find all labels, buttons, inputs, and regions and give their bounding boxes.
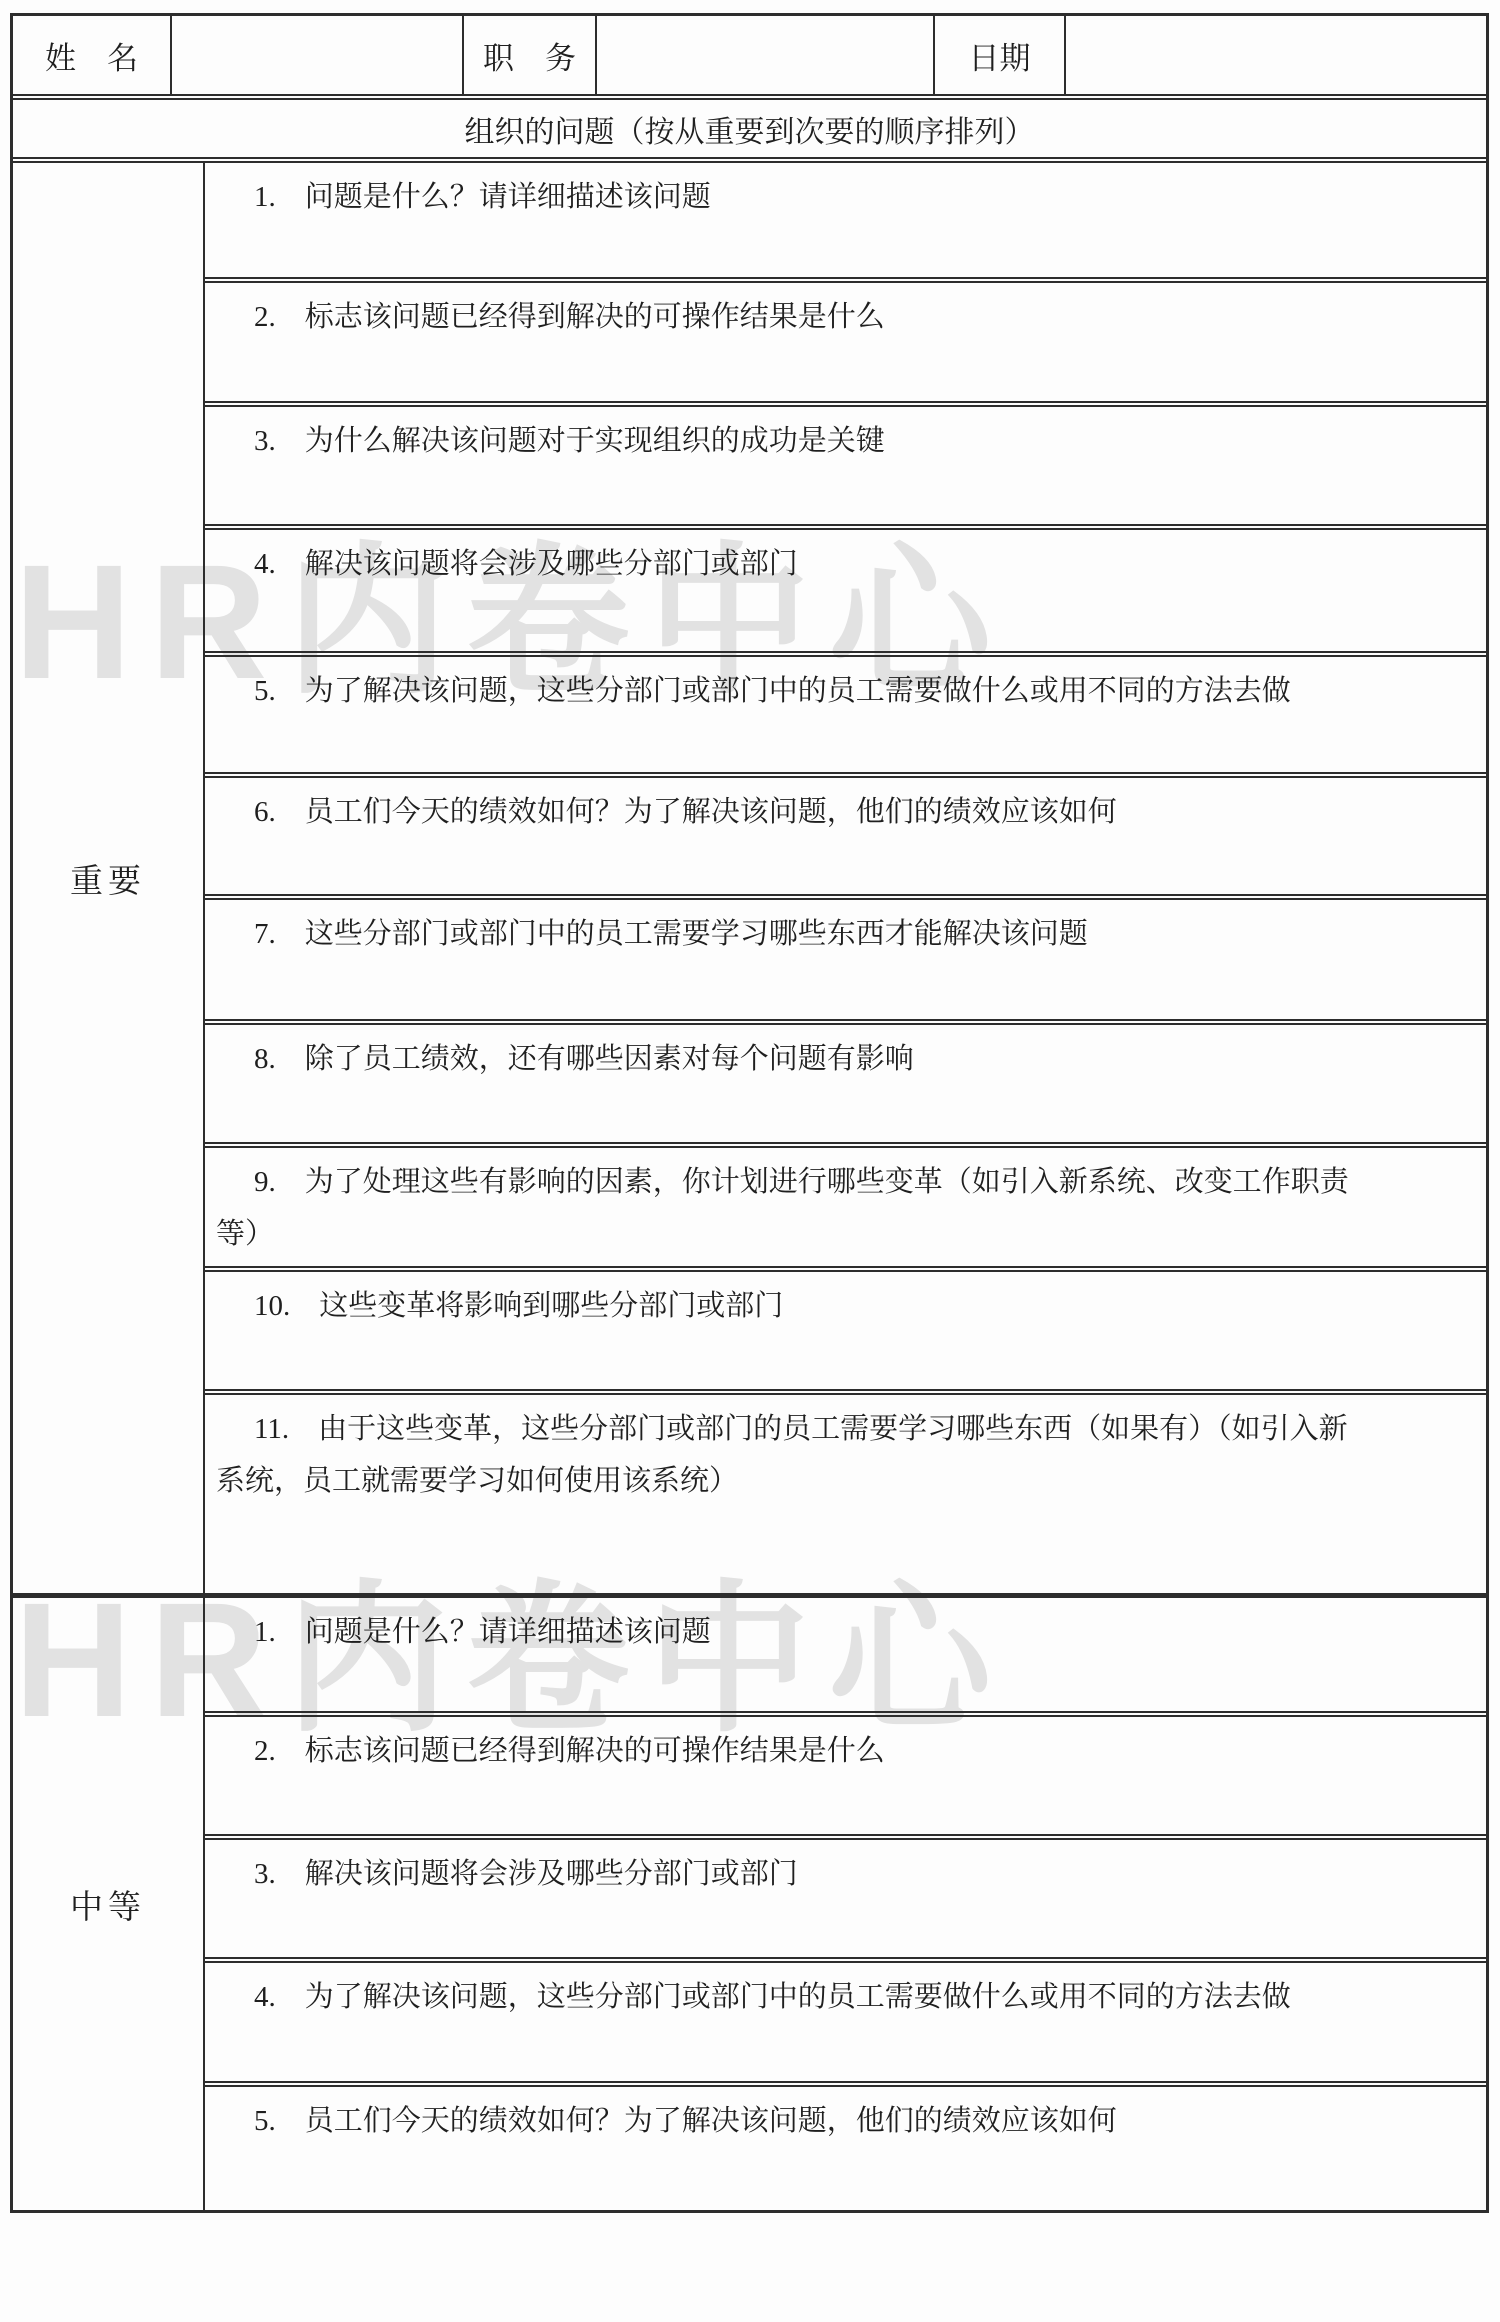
question-row: 6. 员工们今天的绩效如何？为了解决该问题，他们的绩效应该如何 bbox=[205, 778, 1486, 900]
question-text: 等） bbox=[216, 1208, 1472, 1260]
question-text: 1. 问题是什么？请详细描述该问题 bbox=[216, 171, 1472, 223]
position-label-cell: 职 务 bbox=[464, 16, 597, 94]
question-text: 系统，员工就需要学习如何使用该系统） bbox=[216, 1455, 1472, 1507]
question-row: 1. 问题是什么？请详细描述该问题 bbox=[205, 163, 1486, 283]
section-label: 中等 bbox=[13, 1598, 205, 2210]
question-text: 4. 为了解决该问题，这些分部门或部门中的员工需要做什么或用不同的方法去做 bbox=[216, 1971, 1472, 2023]
date-label-cell: 日期 bbox=[935, 16, 1066, 94]
question-row: 8. 除了员工绩效，还有哪些因素对每个问题有影响 bbox=[205, 1025, 1486, 1148]
question-row: 4. 为了解决该问题，这些分部门或部门中的员工需要做什么或用不同的方法去做 bbox=[205, 1963, 1486, 2087]
name-value-cell bbox=[172, 16, 464, 94]
position-value-cell bbox=[597, 16, 935, 94]
question-row: 3. 解决该问题将会涉及哪些分部门或部门 bbox=[205, 1840, 1486, 1963]
question-row: 11. 由于这些变革，这些分部门或部门的员工需要学习哪些东西（如果有）（如引入新… bbox=[205, 1395, 1486, 1593]
scanned-form-page: HR内卷中心 HR内卷中心 姓 名 职 务 日期 组织的问题（按从重要到次要的顺… bbox=[0, 0, 1500, 2322]
question-text: 2. 标志该问题已经得到解决的可操作结果是什么 bbox=[216, 1725, 1472, 1777]
question-text: 9. 为了处理这些有影响的因素，你计划进行哪些变革（如引入新系统、改变工作职责 bbox=[216, 1156, 1472, 1208]
question-text: 2. 标志该问题已经得到解决的可操作结果是什么 bbox=[216, 291, 1472, 343]
section-medium: 中等1. 问题是什么？请详细描述该问题2. 标志该问题已经得到解决的可操作结果是… bbox=[13, 1598, 1486, 2210]
question-row: 2. 标志该问题已经得到解决的可操作结果是什么 bbox=[205, 1717, 1486, 1840]
question-rows: 1. 问题是什么？请详细描述该问题2. 标志该问题已经得到解决的可操作结果是什么… bbox=[205, 163, 1486, 1593]
question-row: 10. 这些变革将影响到哪些分部门或部门 bbox=[205, 1272, 1486, 1395]
question-text: 10. 这些变革将影响到哪些分部门或部门 bbox=[216, 1280, 1472, 1332]
question-row: 1. 问题是什么？请详细描述该问题 bbox=[205, 1598, 1486, 1717]
question-text: 5. 为了解决该问题，这些分部门或部门中的员工需要做什么或用不同的方法去做 bbox=[216, 665, 1472, 717]
section-label: 重要 bbox=[13, 163, 205, 1593]
question-rows: 1. 问题是什么？请详细描述该问题2. 标志该问题已经得到解决的可操作结果是什么… bbox=[205, 1598, 1486, 2210]
date-value-cell bbox=[1066, 16, 1486, 94]
question-text: 3. 为什么解决该问题对于实现组织的成功是关键 bbox=[216, 415, 1472, 467]
form-table: 姓 名 职 务 日期 组织的问题（按从重要到次要的顺序排列） 重要1. 问题是什… bbox=[10, 13, 1489, 2213]
form-body: 重要1. 问题是什么？请详细描述该问题2. 标志该问题已经得到解决的可操作结果是… bbox=[13, 163, 1486, 2210]
question-text: 4. 解决该问题将会涉及哪些分部门或部门 bbox=[216, 538, 1472, 590]
question-row: 7. 这些分部门或部门中的员工需要学习哪些东西才能解决该问题 bbox=[205, 900, 1486, 1025]
question-text: 1. 问题是什么？请详细描述该问题 bbox=[216, 1606, 1472, 1658]
section-important: 重要1. 问题是什么？请详细描述该问题2. 标志该问题已经得到解决的可操作结果是… bbox=[13, 163, 1486, 1598]
form-title: 组织的问题（按从重要到次要的顺序排列） bbox=[13, 100, 1486, 163]
question-row: 5. 为了解决该问题，这些分部门或部门中的员工需要做什么或用不同的方法去做 bbox=[205, 657, 1486, 778]
question-text: 7. 这些分部门或部门中的员工需要学习哪些东西才能解决该问题 bbox=[216, 908, 1472, 960]
question-row: 4. 解决该问题将会涉及哪些分部门或部门 bbox=[205, 530, 1486, 657]
question-row: 3. 为什么解决该问题对于实现组织的成功是关键 bbox=[205, 407, 1486, 530]
question-text: 8. 除了员工绩效，还有哪些因素对每个问题有影响 bbox=[216, 1033, 1472, 1085]
question-text: 3. 解决该问题将会涉及哪些分部门或部门 bbox=[216, 1848, 1472, 1900]
question-row: 5. 员工们今天的绩效如何？为了解决该问题，他们的绩效应该如何 bbox=[205, 2087, 1486, 2210]
name-label-cell: 姓 名 bbox=[13, 16, 172, 94]
question-row: 9. 为了处理这些有影响的因素，你计划进行哪些变革（如引入新系统、改变工作职责等… bbox=[205, 1148, 1486, 1272]
question-row: 2. 标志该问题已经得到解决的可操作结果是什么 bbox=[205, 283, 1486, 407]
question-text: 5. 员工们今天的绩效如何？为了解决该问题，他们的绩效应该如何 bbox=[216, 2095, 1472, 2147]
question-text: 11. 由于这些变革，这些分部门或部门的员工需要学习哪些东西（如果有）（如引入新 bbox=[216, 1403, 1472, 1455]
header-row: 姓 名 职 务 日期 bbox=[13, 16, 1486, 100]
question-text: 6. 员工们今天的绩效如何？为了解决该问题，他们的绩效应该如何 bbox=[216, 786, 1472, 838]
